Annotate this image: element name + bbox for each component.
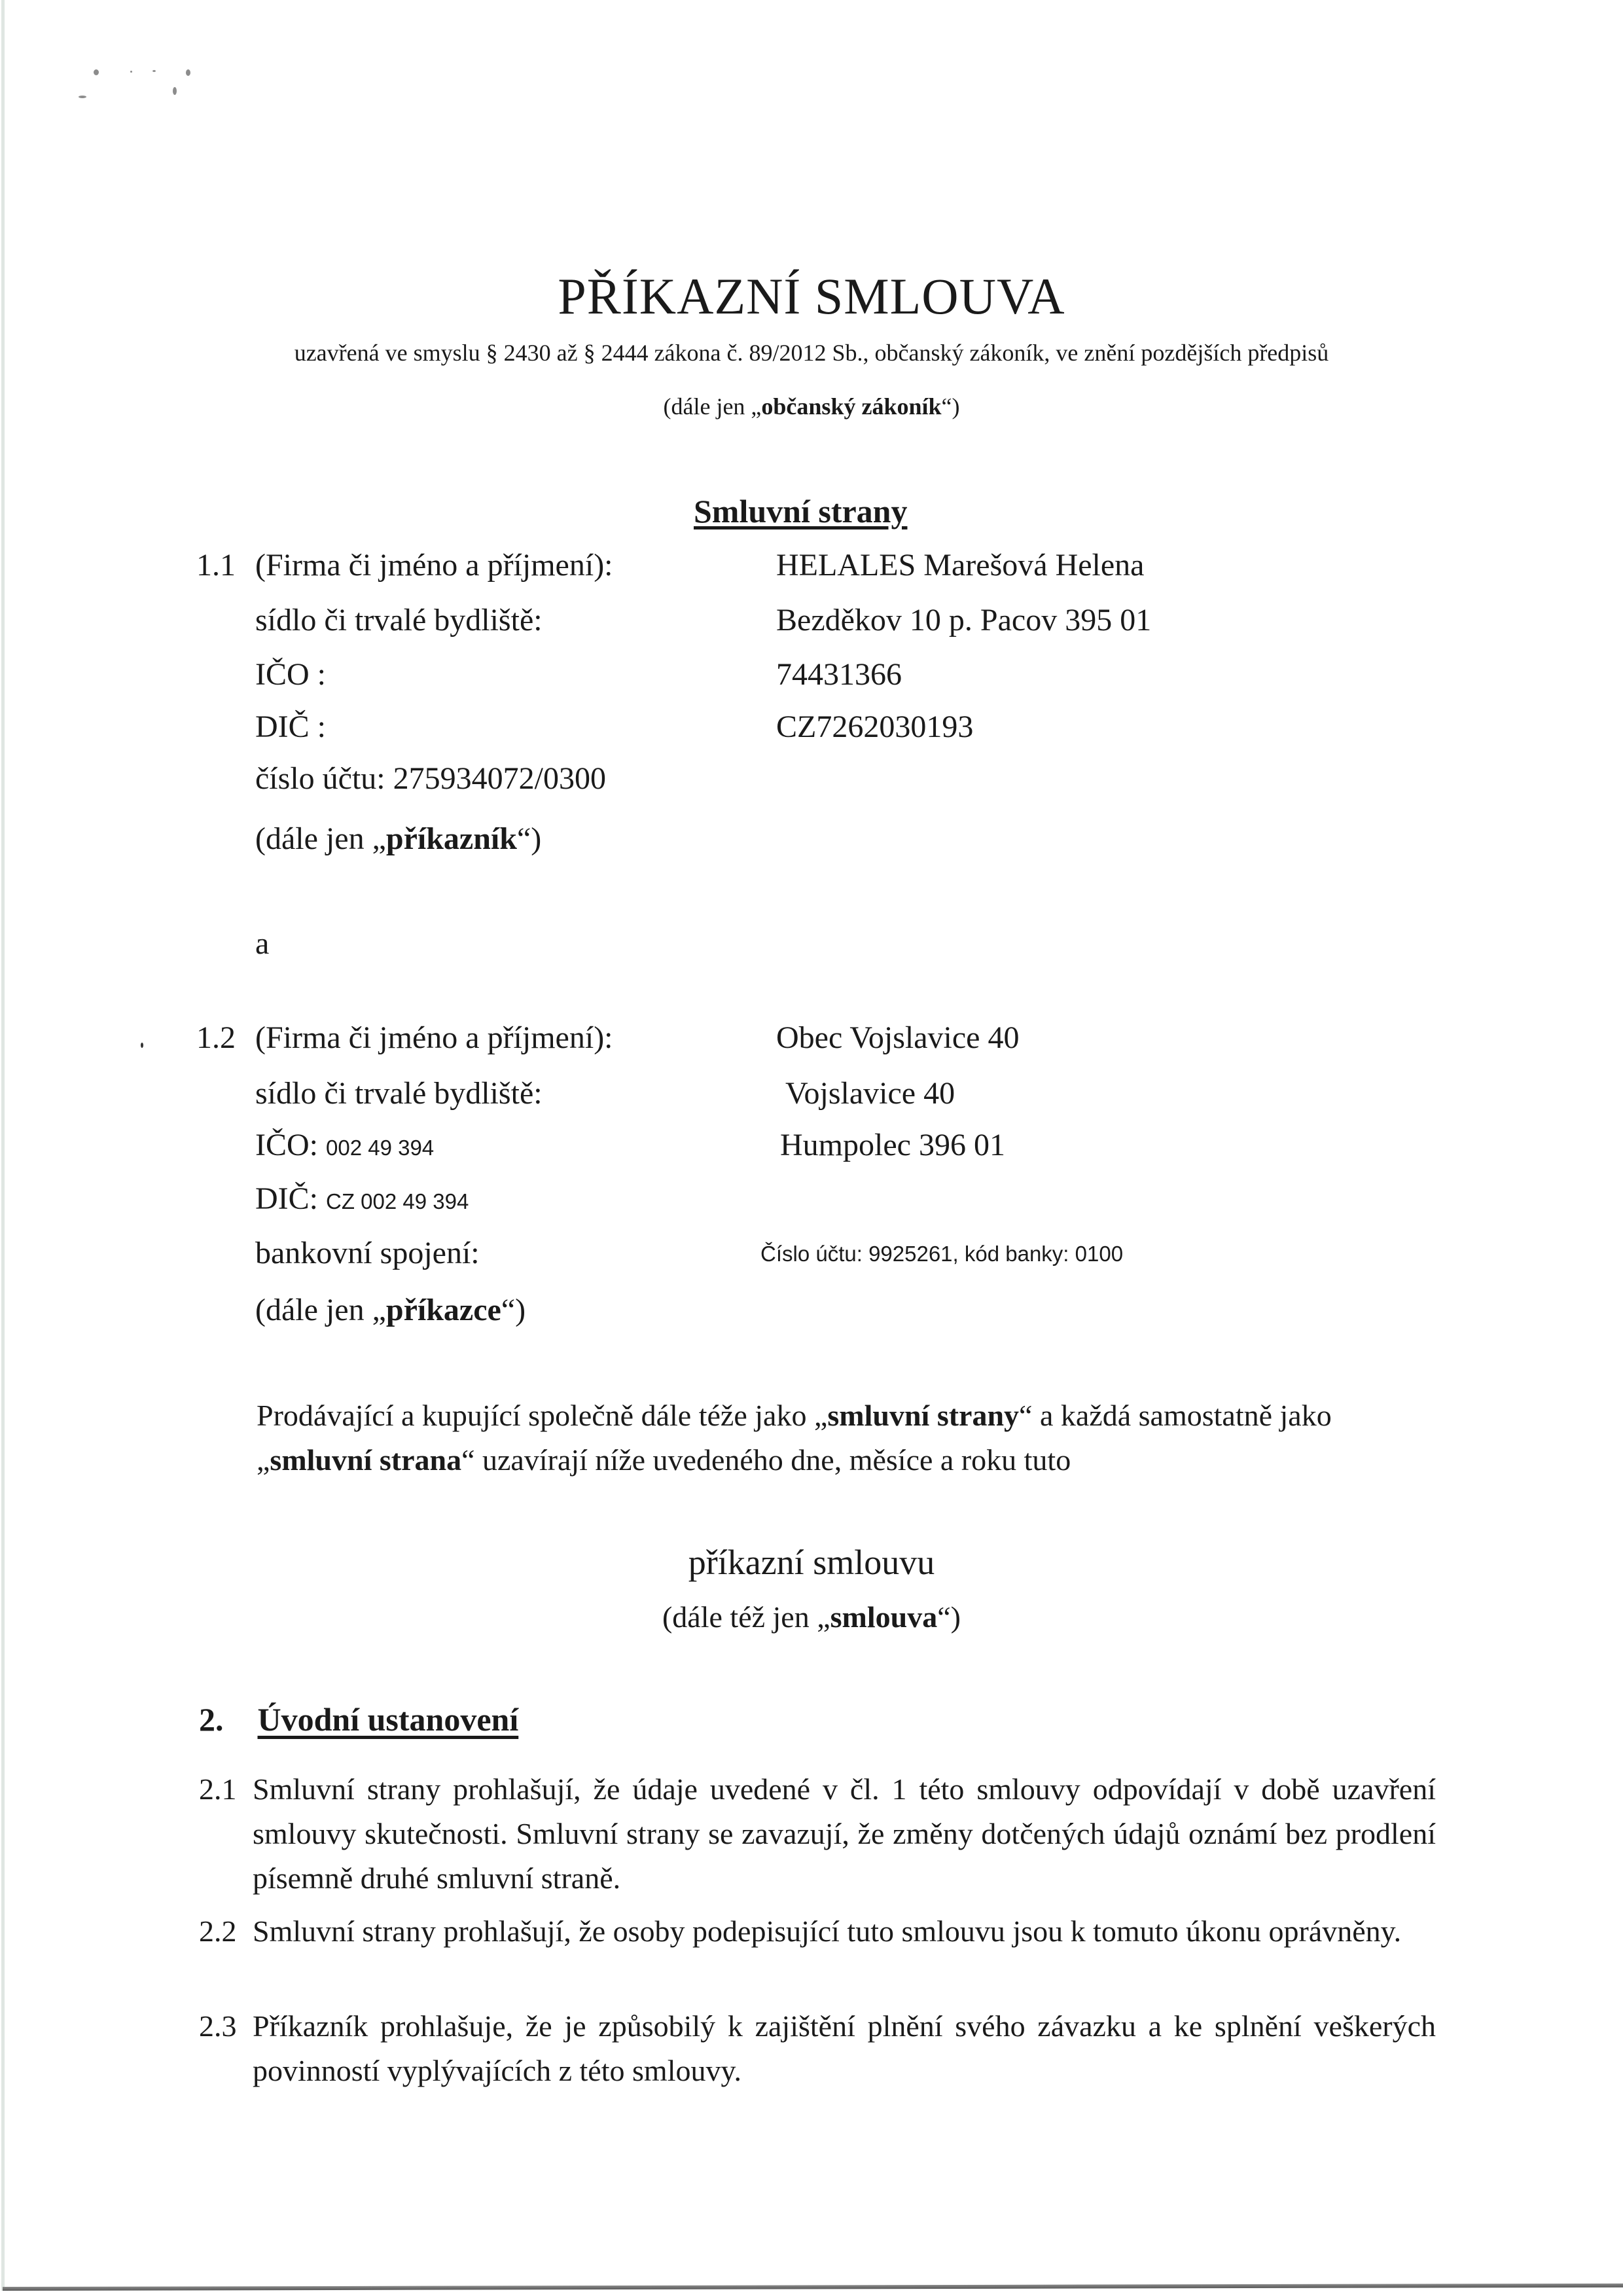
scan-speck — [152, 70, 156, 72]
alias-suffix: “) — [501, 1293, 526, 1327]
parties-heading: Smluvní strany — [694, 492, 907, 530]
ref-prefix: (dále též jen „ — [662, 1600, 830, 1634]
parties-conjunction: a — [255, 925, 269, 961]
party2-number: 1.2 — [196, 1020, 236, 1056]
party1-ico-label: IČO : — [255, 656, 326, 692]
clause-number: 2.3 — [199, 2004, 237, 2049]
alias-term: příkazník — [386, 821, 517, 856]
scan-speck — [94, 69, 99, 75]
document-title: PŘÍKAZNÍ SMLOUVA — [0, 267, 1623, 326]
scan-bottom-edge — [3, 2284, 1623, 2291]
contract-name: příkazní smlouvu — [0, 1542, 1623, 1583]
scanned-page: PŘÍKAZNÍ SMLOUVA uzavřená ve smyslu § 24… — [0, 0, 1623, 2296]
alias-suffix: “) — [517, 821, 541, 856]
intro-text: „ — [257, 1443, 270, 1477]
alias-term: příkazce — [386, 1293, 501, 1327]
clause-text: Příkazník prohlašuje, že je způsobilý k … — [253, 2004, 1436, 2093]
alias-prefix: (dále jen „ — [255, 821, 386, 856]
party2-address-label: sídlo či trvalé bydliště: — [255, 1075, 543, 1111]
clause-text: Smluvní strany prohlašují, že údaje uved… — [253, 1767, 1436, 1901]
ref-suffix: “) — [937, 1600, 961, 1634]
ref-prefix: (dále jen „ — [664, 393, 762, 420]
ref-term: občanský zákoník — [761, 393, 941, 420]
intro-text: “ uzavírají níže uvedeného dne, měsíce a… — [461, 1443, 1071, 1477]
party2-bank-value: Číslo účtu: 9925261, kód banky: 0100 — [760, 1242, 1123, 1266]
party2-dic-value: CZ 002 49 394 — [326, 1189, 469, 1213]
alias-prefix: (dále jen „ — [255, 1293, 386, 1327]
section2-number: 2. — [199, 1701, 224, 1738]
clause-text: Smluvní strany prohlašují, že osoby pode… — [253, 1909, 1436, 1954]
scan-speck — [79, 96, 86, 98]
ref-suffix: “) — [942, 393, 960, 420]
scan-speck — [141, 1043, 143, 1048]
section2-title: Úvodní ustanovení — [258, 1701, 519, 1738]
civil-code-reference: (dále jen „občanský zákoník“) — [0, 393, 1623, 420]
party2-ico-value: 002 49 394 — [326, 1136, 434, 1160]
party1-name-label: (Firma či jméno a příjmení): — [255, 547, 613, 583]
ref-term: smlouva — [830, 1600, 938, 1634]
intro-text: “ a každá samostatně jako — [1019, 1399, 1332, 1432]
clause-2-2: 2.2 Smluvní strany prohlašují, že osoby … — [199, 1909, 1436, 1954]
party1-name-value: HELALES Marešová Helena — [776, 547, 1144, 583]
intro-term: smluvní strany — [827, 1399, 1019, 1432]
document-subtitle: uzavřená ve smyslu § 2430 až § 2444 záko… — [0, 339, 1623, 367]
party2-address-line1: Vojslavice 40 — [785, 1075, 955, 1111]
party1-dic-value: CZ7262030193 — [776, 709, 973, 745]
party1-account: číslo účtu: 275934072/0300 — [255, 761, 606, 797]
party2-address-line2: Humpolec 396 01 — [780, 1127, 1005, 1163]
contract-reference: (dále též jen „smlouva“) — [0, 1600, 1623, 1634]
intro-line1: Prodávající a kupující společně dále též… — [257, 1398, 1332, 1433]
party2-name-label: (Firma či jméno a příjmení): — [255, 1020, 613, 1056]
scan-speck — [186, 69, 190, 76]
section2-heading: 2.Úvodní ustanovení — [199, 1700, 518, 1738]
clause-number: 2.1 — [199, 1767, 237, 1812]
scan-speck — [130, 71, 132, 73]
party2-name-value: Obec Vojslavice 40 — [776, 1020, 1019, 1056]
party1-dic-label: DIČ : — [255, 709, 326, 745]
party2-dic-label: DIČ: — [255, 1181, 318, 1216]
intro-text: Prodávající a kupující společně dále též… — [257, 1399, 827, 1432]
scan-speck — [173, 87, 177, 95]
party1-address-value: Bezděkov 10 p. Pacov 395 01 — [776, 602, 1151, 638]
party1-ico-value: 74431366 — [776, 656, 902, 692]
party2-ico-label: IČO: — [255, 1128, 318, 1162]
party2-bank-label: bankovní spojení: — [255, 1235, 480, 1271]
intro-term: smluvní strana — [270, 1443, 461, 1477]
party2-dic: DIČ: CZ 002 49 394 — [255, 1181, 469, 1217]
party2-alias: (dále jen „příkazce“) — [255, 1292, 526, 1328]
intro-line2: „smluvní strana“ uzavírají níže uvedenéh… — [257, 1443, 1071, 1477]
clause-2-1: 2.1 Smluvní strany prohlašují, že údaje … — [199, 1767, 1436, 1901]
party1-address-label: sídlo či trvalé bydliště: — [255, 602, 543, 638]
party1-alias: (dále jen „příkazník“) — [255, 821, 541, 857]
clause-number: 2.2 — [199, 1909, 237, 1954]
clause-2-3: 2.3 Příkazník prohlašuje, že je způsobil… — [199, 2004, 1436, 2093]
party2-ico: IČO: 002 49 394 — [255, 1127, 434, 1163]
party1-number: 1.1 — [196, 547, 236, 583]
